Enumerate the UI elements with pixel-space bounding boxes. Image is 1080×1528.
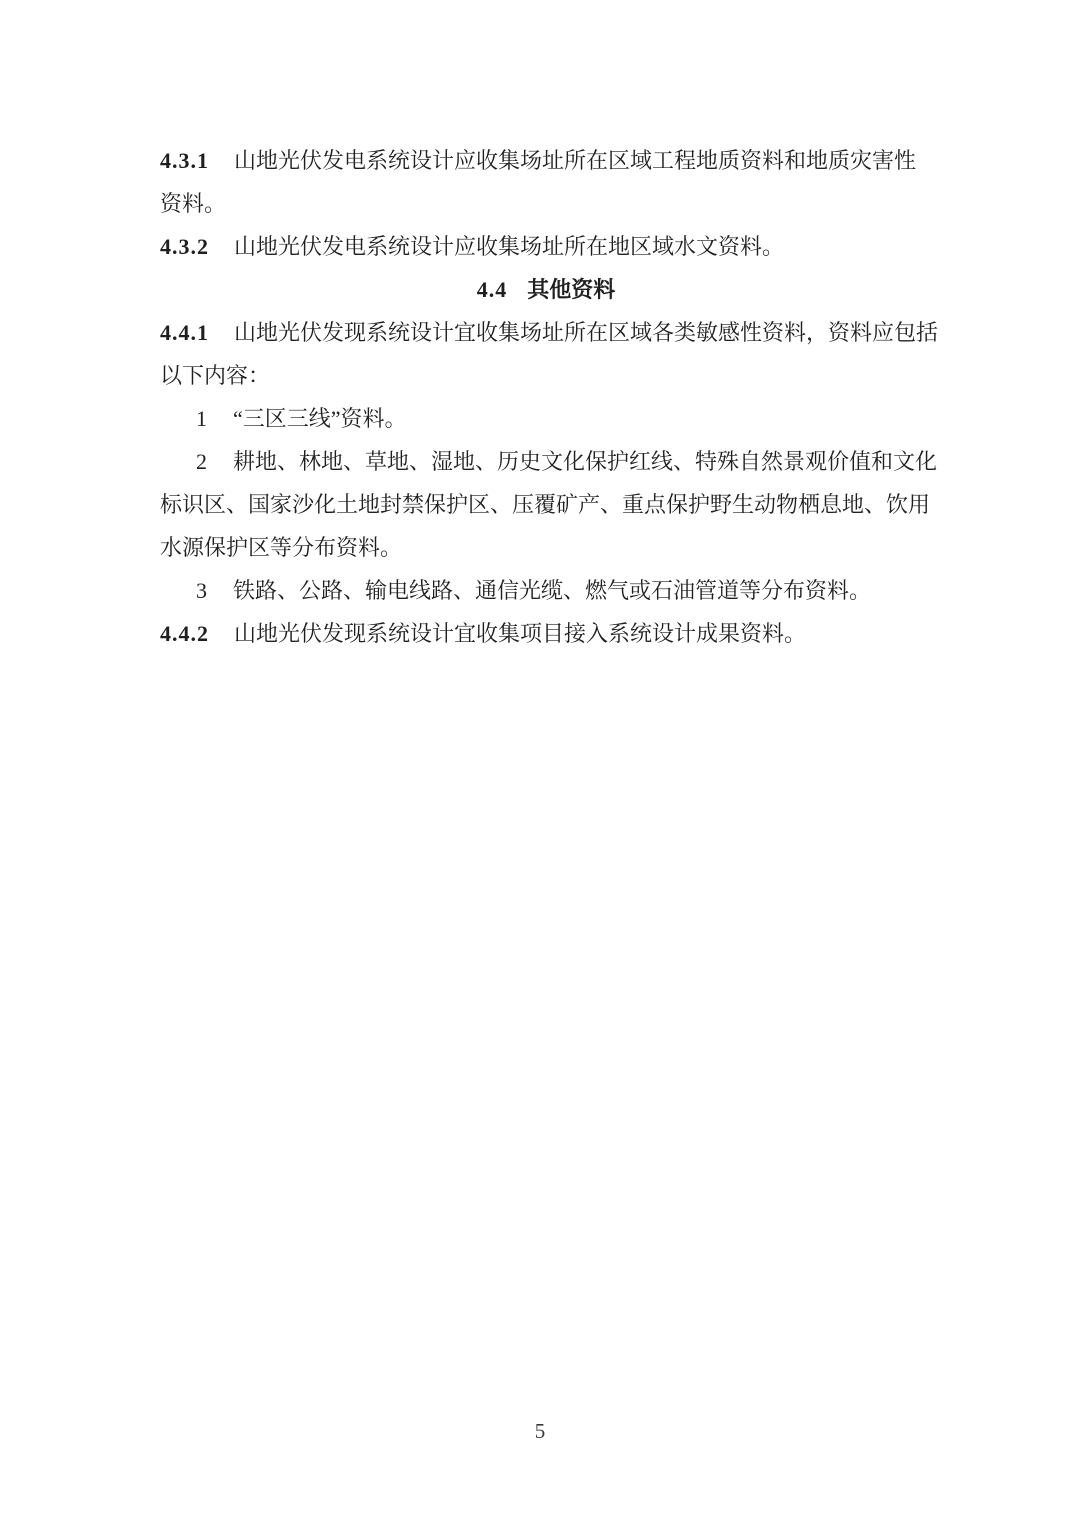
page-footer: 5 bbox=[0, 1416, 1080, 1446]
clause-4-3-1-line-1: 4.3.1山地光伏发电系统设计应收集场址所在区域工程地质资料和地质灾害性 bbox=[160, 139, 932, 182]
list-item-3-number: 3 bbox=[196, 578, 207, 603]
section-heading-number: 4.4 bbox=[477, 277, 508, 302]
section-heading-title: 其他资料 bbox=[527, 277, 615, 302]
list-item-2-line-3: 水源保护区等分布资料。 bbox=[160, 526, 932, 569]
clause-4-4-1-text: 山地光伏发现系统设计宜收集场址所在区域各类敏感性资料，资料应包括 bbox=[234, 320, 938, 345]
clause-4-4-2-number: 4.4.2 bbox=[160, 621, 209, 646]
list-item-3: 3铁路、公路、输电线路、通信光缆、燃气或石油管道等分布资料。 bbox=[160, 569, 932, 612]
list-item-2-line-1: 2耕地、林地、草地、湿地、历史文化保护红线、特殊自然景观价值和文化 bbox=[160, 440, 932, 483]
list-item-1-number: 1 bbox=[196, 406, 207, 431]
clause-4-3-2-text: 山地光伏发电系统设计应收集场址所在地区域水文资料。 bbox=[234, 234, 784, 259]
clause-4-4-2-text: 山地光伏发现系统设计宜收集项目接入系统设计成果资料。 bbox=[234, 621, 806, 646]
page-number: 5 bbox=[535, 1419, 546, 1443]
clause-4-4-1-line-1: 4.4.1山地光伏发现系统设计宜收集场址所在区域各类敏感性资料，资料应包括 bbox=[160, 311, 932, 354]
clause-4-4-2-line: 4.4.2山地光伏发现系统设计宜收集项目接入系统设计成果资料。 bbox=[160, 612, 932, 655]
clause-4-3-1-number: 4.3.1 bbox=[160, 148, 209, 173]
document-page: 4.3.1山地光伏发电系统设计应收集场址所在区域工程地质资料和地质灾害性 资料。… bbox=[0, 0, 1080, 1528]
clause-4-3-1-text: 山地光伏发电系统设计应收集场址所在区域工程地质资料和地质灾害性 bbox=[234, 148, 916, 173]
list-item-2-line-2: 标识区、国家沙化土地封禁保护区、压覆矿产、重点保护野生动物栖息地、饮用 bbox=[160, 483, 932, 526]
list-item-2-text: 耕地、林地、草地、湿地、历史文化保护红线、特殊自然景观价值和文化 bbox=[233, 449, 937, 474]
document-content: 4.3.1山地光伏发电系统设计应收集场址所在区域工程地质资料和地质灾害性 资料。… bbox=[160, 139, 932, 655]
list-item-1-text: “三区三线”资料。 bbox=[233, 406, 407, 431]
clause-4-3-1-line-2: 资料。 bbox=[160, 182, 932, 225]
section-heading-4-4: 4.4其他资料 bbox=[160, 268, 932, 311]
clause-4-4-1-line-2: 以下内容： bbox=[160, 354, 932, 397]
list-item-3-text: 铁路、公路、输电线路、通信光缆、燃气或石油管道等分布资料。 bbox=[233, 578, 871, 603]
clause-4-3-2-number: 4.3.2 bbox=[160, 234, 209, 259]
list-item-1: 1“三区三线”资料。 bbox=[160, 397, 932, 440]
list-item-2-number: 2 bbox=[196, 449, 207, 474]
clause-4-3-2-line: 4.3.2山地光伏发电系统设计应收集场址所在地区域水文资料。 bbox=[160, 225, 932, 268]
clause-4-4-1-number: 4.4.1 bbox=[160, 320, 209, 345]
